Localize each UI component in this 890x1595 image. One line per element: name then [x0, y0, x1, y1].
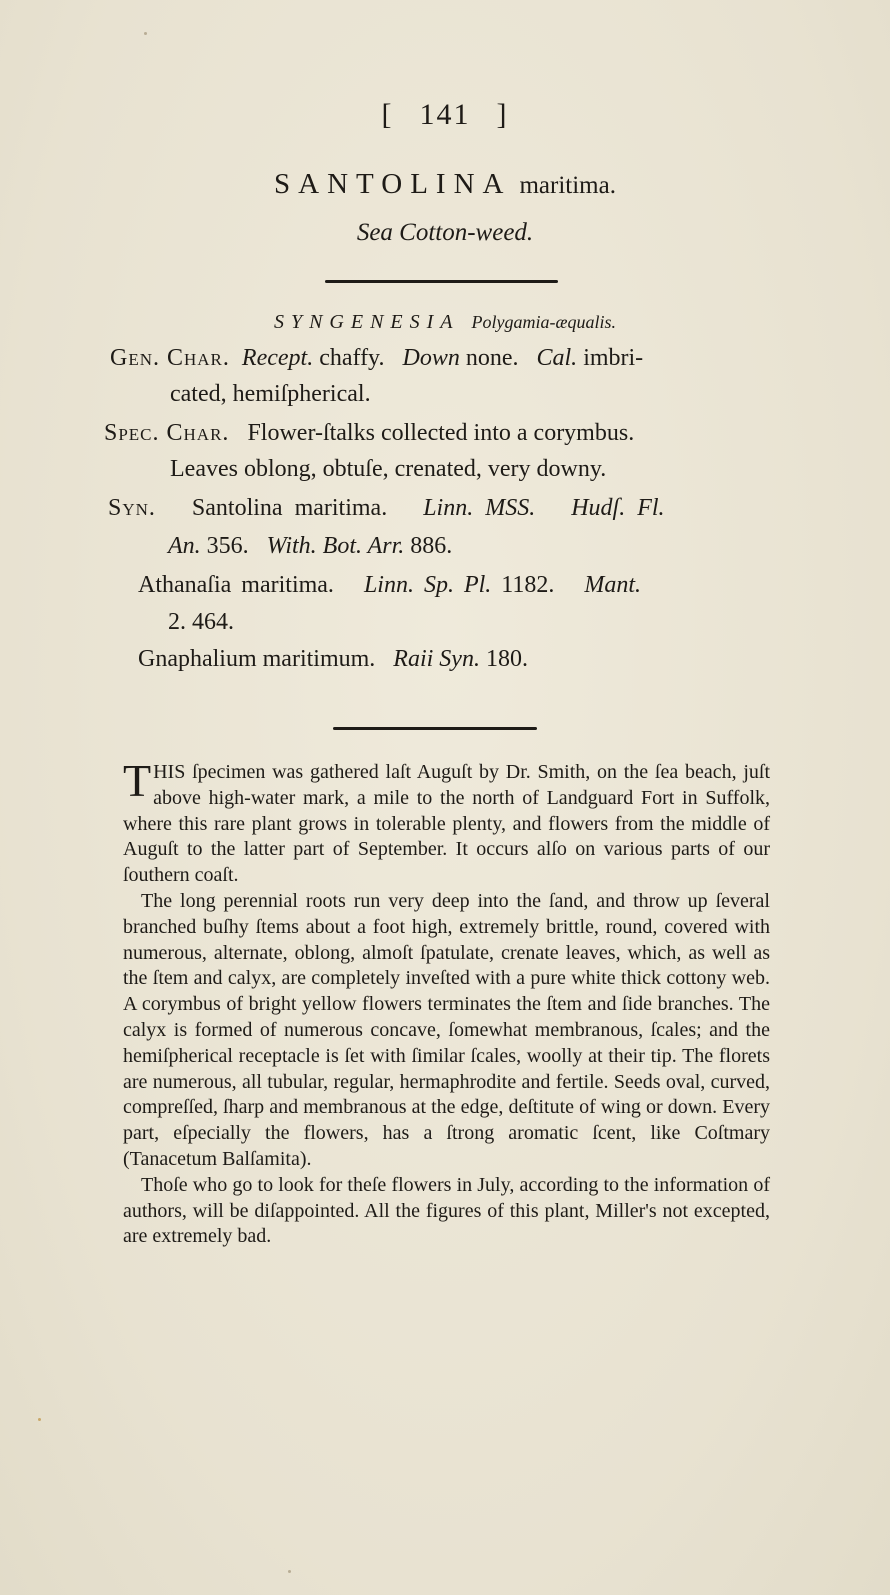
specific-character: Spec. Char. Flower-ſtalks collected into… — [104, 420, 634, 447]
gen-char-label: Gen. Char. — [110, 345, 230, 371]
syn-name: Gnaphalium maritimum. — [138, 646, 375, 672]
generic-character: Gen. Char. Recept. chaffy. Down none. Ca… — [110, 345, 643, 372]
book-page: [141] SANTOLINAmaritima. Sea Cotton-weed… — [0, 0, 890, 1595]
term-receptacle: Recept. — [242, 345, 313, 371]
order-name: Polygamia-æqualis. — [472, 312, 617, 332]
syn-ref: An. — [168, 533, 201, 559]
classification: SYNGENESIAPolygamia-æqualis. — [0, 311, 890, 334]
term-calyx: Cal. — [537, 345, 578, 371]
paragraph-text: ſpecimen was gathered laſt Auguſt by Dr.… — [123, 761, 770, 886]
term-down: Down — [403, 345, 460, 371]
spec-char-label: Spec. Char. — [104, 420, 229, 446]
divider-rule — [333, 727, 537, 730]
syn-ref: Hudſ. Fl. — [571, 495, 664, 521]
syn-ref: Raii Syn. — [393, 646, 480, 672]
common-name: Sea Cotton-weed. — [0, 219, 890, 247]
syn-name: Athanaſia maritima. — [138, 572, 334, 598]
text: imbri- — [577, 345, 643, 371]
species-name: maritima. — [519, 172, 616, 199]
syn-num: 180. — [486, 646, 528, 672]
specific-character-cont: Leaves oblong, obtuſe, crenated, very do… — [170, 456, 606, 483]
synonym-3: Gnaphalium maritimum. Raii Syn. 180. — [138, 646, 528, 673]
page-title: SANTOLINAmaritima. — [0, 168, 890, 201]
paragraph-1: THIS ſpecimen was gathered laſt Auguſt b… — [123, 760, 770, 889]
syn-ref: Linn. Sp. Pl. — [364, 572, 491, 598]
syn-ref: Mant. — [584, 572, 641, 598]
page-number: [141] — [0, 98, 890, 132]
syn-ref: With. Bot. Arr. — [267, 533, 405, 559]
syn-label: Syn. — [108, 495, 156, 521]
generic-character-cont: cated, hemiſpherical. — [170, 381, 371, 408]
paragraph-2: The long perennial roots run very deep i… — [123, 889, 770, 1173]
text: none. — [460, 345, 519, 371]
synonym-2-cont: 2. 464. — [168, 609, 234, 636]
lead-word: HIS — [153, 761, 185, 783]
text: Flower-ſtalks collected into a corymbus. — [247, 420, 634, 446]
syn-num: 886. — [410, 533, 452, 559]
syn-ref: Linn. MSS. — [423, 495, 535, 521]
syn-num: 1182. — [501, 572, 554, 598]
divider-rule — [325, 280, 558, 283]
paper-blemish — [38, 1418, 41, 1421]
paper-blemish — [144, 32, 147, 35]
syn-name: Santolina maritima. — [192, 495, 387, 521]
drop-cap: T — [123, 762, 151, 800]
paper-blemish — [288, 1570, 291, 1573]
synonym-2: Athanaſia maritima. Linn. Sp. Pl. 1182. … — [138, 572, 641, 599]
text: chaffy. — [313, 345, 384, 371]
class-name: SYNGENESIA — [274, 311, 460, 333]
description-text: THIS ſpecimen was gathered laſt Auguſt b… — [123, 760, 770, 1250]
genus-name: SANTOLINA — [274, 168, 511, 200]
synonym-1: Syn. Santolina maritima. Linn. MSS. Hudſ… — [108, 495, 665, 522]
syn-num: 356. — [207, 533, 249, 559]
folio-number: 141 — [420, 98, 471, 131]
paragraph-3: Thoſe who go to look for theſe flowers i… — [123, 1173, 770, 1250]
synonym-1-cont: An. 356. With. Bot. Arr. 886. — [168, 533, 452, 560]
